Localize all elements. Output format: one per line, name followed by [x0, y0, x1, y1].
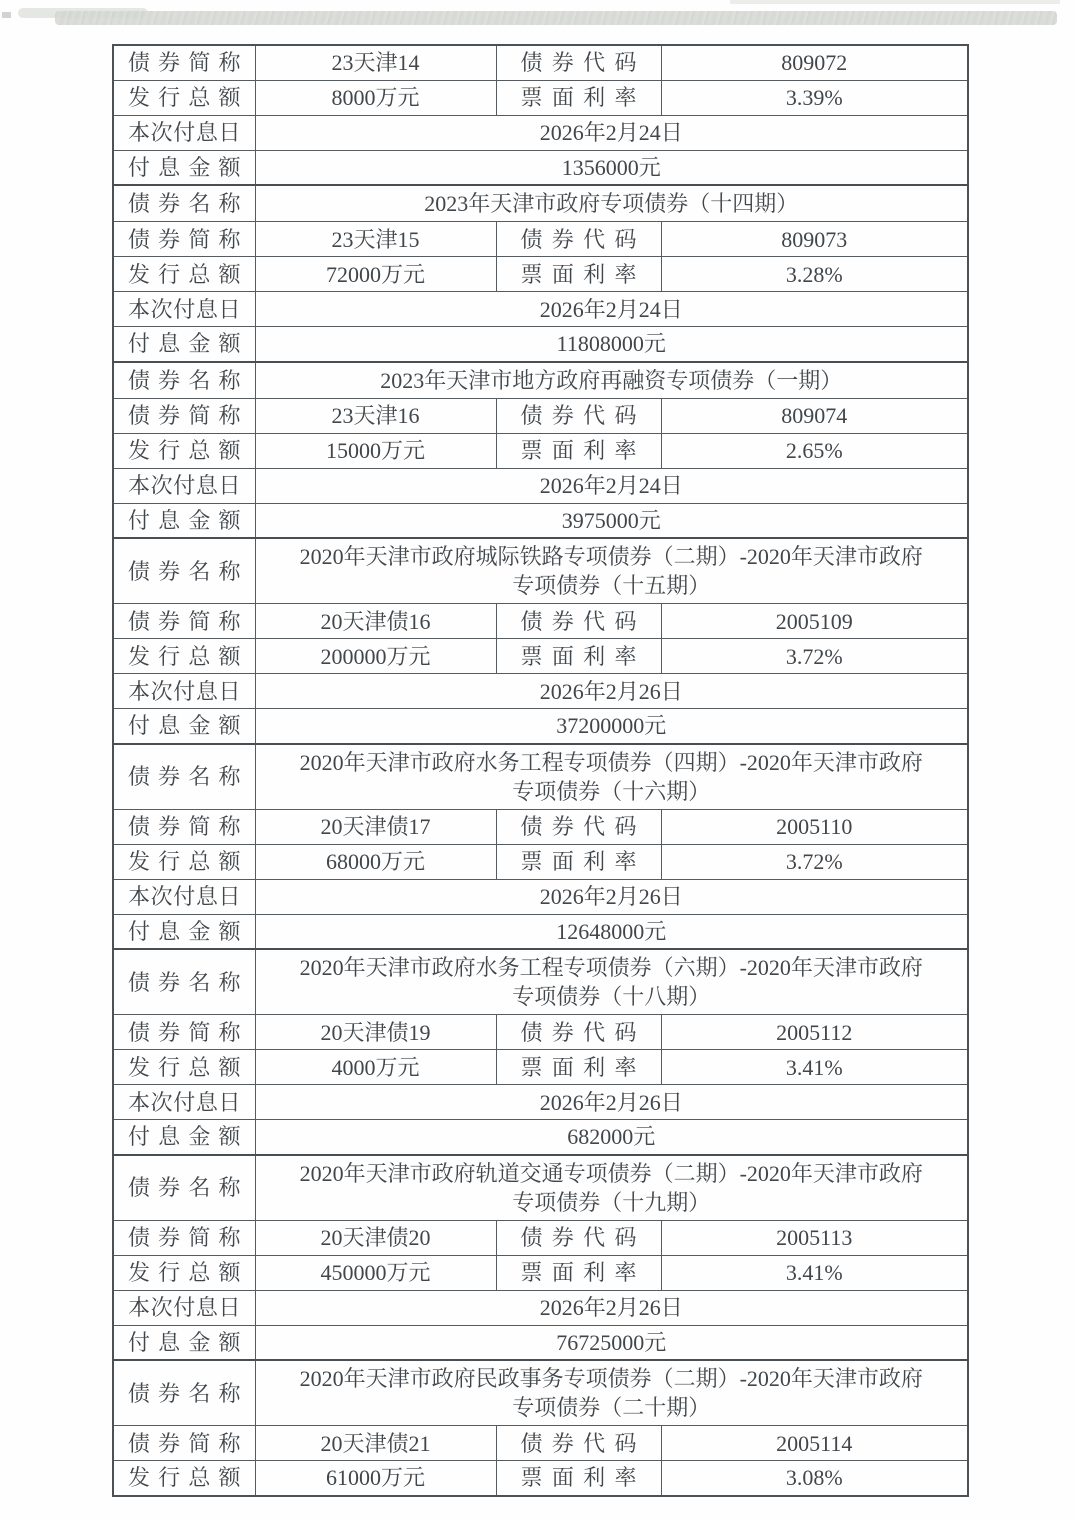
- bond-name-value: 2020年天津市政府水务工程专项债券（四期）-2020年天津市政府专项债券（十六…: [255, 744, 968, 810]
- bond-short-name-value: 20天津债19: [255, 1015, 496, 1050]
- bond-code-label: 债券代码: [496, 604, 661, 639]
- payment-date-row: 本次付息日2026年2月26日: [113, 1085, 968, 1120]
- payment-amount-label: 付息金额: [113, 327, 255, 362]
- bond-name-label: 债券名称: [113, 744, 255, 810]
- payment-amount-value: 3975000元: [255, 503, 968, 538]
- bond-short-name-row: 债券简称20天津债21债券代码2005114: [113, 1426, 968, 1461]
- bond-code-value: 809074: [661, 398, 968, 433]
- issue-amount-row: 发行总额4000万元票面利率3.41%: [113, 1050, 968, 1085]
- payment-amount-value: 682000元: [255, 1120, 968, 1155]
- bond-short-name-value: 23天津14: [255, 45, 496, 80]
- payment-date-label: 本次付息日: [113, 674, 255, 709]
- payment-amount-row: 付息金额682000元: [113, 1120, 968, 1155]
- bond-name-row: 债券名称2023年天津市政府专项债券（十四期）: [113, 185, 968, 222]
- coupon-rate-value: 3.39%: [661, 80, 968, 115]
- issue-amount-value: 72000万元: [255, 257, 496, 292]
- bond-short-name-value: 20天津债17: [255, 809, 496, 844]
- payment-date-label: 本次付息日: [113, 292, 255, 327]
- bond-name-row: 债券名称2020年天津市政府水务工程专项债券（六期）-2020年天津市政府专项债…: [113, 949, 968, 1015]
- bond-short-name-label: 债券简称: [113, 604, 255, 639]
- issue-amount-value: 4000万元: [255, 1050, 496, 1085]
- payment-amount-label: 付息金额: [113, 150, 255, 185]
- payment-amount-label: 付息金额: [113, 709, 255, 744]
- payment-amount-value: 76725000元: [255, 1325, 968, 1360]
- bond-name-row: 债券名称2020年天津市政府城际铁路专项债券（二期）-2020年天津市政府专项债…: [113, 538, 968, 604]
- payment-amount-row: 付息金额76725000元: [113, 1325, 968, 1360]
- bond-short-name-row: 债券简称23天津14债券代码809072: [113, 45, 968, 80]
- coupon-rate-value: 3.08%: [661, 1461, 968, 1496]
- coupon-rate-value: 3.41%: [661, 1050, 968, 1085]
- bond-code-label: 债券代码: [496, 1015, 661, 1050]
- issue-amount-label: 发行总额: [113, 1461, 255, 1496]
- bond-code-label: 债券代码: [496, 809, 661, 844]
- payment-date-value: 2026年2月24日: [255, 468, 968, 503]
- issue-amount-row: 发行总额72000万元票面利率3.28%: [113, 257, 968, 292]
- payment-date-row: 本次付息日2026年2月26日: [113, 674, 968, 709]
- bond-short-name-row: 债券简称20天津债20债券代码2005113: [113, 1220, 968, 1255]
- payment-amount-label: 付息金额: [113, 1120, 255, 1155]
- scanner-streak-dash: [2, 12, 11, 18]
- bond-short-name-row: 债券简称20天津债19债券代码2005112: [113, 1015, 968, 1050]
- coupon-rate-value: 3.41%: [661, 1255, 968, 1290]
- issue-amount-label: 发行总额: [113, 1255, 255, 1290]
- bond-code-value: 809073: [661, 222, 968, 257]
- coupon-rate-value: 2.65%: [661, 433, 968, 468]
- issue-amount-row: 发行总额450000万元票面利率3.41%: [113, 1255, 968, 1290]
- issue-amount-row: 发行总额8000万元票面利率3.39%: [113, 80, 968, 115]
- coupon-rate-label: 票面利率: [496, 844, 661, 879]
- bond-name-row: 债券名称2023年天津市地方政府再融资专项债券（一期）: [113, 362, 968, 399]
- payment-date-value: 2026年2月26日: [255, 1085, 968, 1120]
- bond-short-name-label: 债券简称: [113, 809, 255, 844]
- payment-date-label: 本次付息日: [113, 115, 255, 150]
- issue-amount-label: 发行总额: [113, 639, 255, 674]
- bond-short-name-row: 债券简称20天津债16债券代码2005109: [113, 604, 968, 639]
- bond-code-value: 2005109: [661, 604, 968, 639]
- bond-name-label: 债券名称: [113, 949, 255, 1015]
- bond-short-name-row: 债券简称23天津16债券代码809074: [113, 398, 968, 433]
- bond-code-value: 2005110: [661, 809, 968, 844]
- payment-date-label: 本次付息日: [113, 1290, 255, 1325]
- issue-amount-row: 发行总额68000万元票面利率3.72%: [113, 844, 968, 879]
- payment-date-row: 本次付息日2026年2月24日: [113, 292, 968, 327]
- payment-amount-row: 付息金额3975000元: [113, 503, 968, 538]
- bond-short-name-value: 20天津债20: [255, 1220, 496, 1255]
- bond-short-name-label: 债券简称: [113, 45, 255, 80]
- bond-code-value: 809072: [661, 45, 968, 80]
- bond-name-value: 2020年天津市政府民政事务专项债券（二期）-2020年天津市政府专项债券（二十…: [255, 1360, 968, 1426]
- coupon-rate-label: 票面利率: [496, 80, 661, 115]
- payment-amount-row: 付息金额12648000元: [113, 914, 968, 949]
- payment-date-label: 本次付息日: [113, 879, 255, 914]
- issue-amount-label: 发行总额: [113, 80, 255, 115]
- coupon-rate-label: 票面利率: [496, 639, 661, 674]
- coupon-rate-label: 票面利率: [496, 1050, 661, 1085]
- bond-name-label: 债券名称: [113, 538, 255, 604]
- bond-name-value: 2020年天津市政府轨道交通专项债券（二期）-2020年天津市政府专项债券（十九…: [255, 1155, 968, 1221]
- issue-amount-label: 发行总额: [113, 844, 255, 879]
- bond-code-label: 债券代码: [496, 222, 661, 257]
- bond-code-value: 2005113: [661, 1220, 968, 1255]
- bond-payment-table: 债券简称23天津14债券代码809072发行总额8000万元票面利率3.39%本…: [112, 44, 969, 1497]
- bond-name-row: 债券名称2020年天津市政府民政事务专项债券（二期）-2020年天津市政府专项债…: [113, 1360, 968, 1426]
- payment-date-value: 2026年2月24日: [255, 292, 968, 327]
- bond-short-name-label: 债券简称: [113, 398, 255, 433]
- payment-amount-value: 1356000元: [255, 150, 968, 185]
- bond-name-value: 2020年天津市政府水务工程专项债券（六期）-2020年天津市政府专项债券（十八…: [255, 949, 968, 1015]
- bond-short-name-row: 债券简称23天津15债券代码809073: [113, 222, 968, 257]
- issue-amount-label: 发行总额: [113, 433, 255, 468]
- payment-date-value: 2026年2月26日: [255, 674, 968, 709]
- bond-short-name-value: 23天津16: [255, 398, 496, 433]
- bond-name-row: 债券名称2020年天津市政府轨道交通专项债券（二期）-2020年天津市政府专项债…: [113, 1155, 968, 1221]
- payment-amount-label: 付息金额: [113, 914, 255, 949]
- bond-code-value: 2005112: [661, 1015, 968, 1050]
- bond-table-body: 债券简称23天津14债券代码809072发行总额8000万元票面利率3.39%本…: [113, 45, 968, 1496]
- bond-code-label: 债券代码: [496, 1426, 661, 1461]
- payment-date-row: 本次付息日2026年2月26日: [113, 1290, 968, 1325]
- bond-short-name-value: 20天津债21: [255, 1426, 496, 1461]
- bond-short-name-value: 23天津15: [255, 222, 496, 257]
- payment-date-label: 本次付息日: [113, 468, 255, 503]
- issue-amount-label: 发行总额: [113, 1050, 255, 1085]
- payment-date-value: 2026年2月26日: [255, 879, 968, 914]
- bond-name-value: 2023年天津市地方政府再融资专项债券（一期）: [255, 362, 968, 399]
- issue-amount-row: 发行总额61000万元票面利率3.08%: [113, 1461, 968, 1496]
- bond-code-label: 债券代码: [496, 1220, 661, 1255]
- coupon-rate-label: 票面利率: [496, 1255, 661, 1290]
- coupon-rate-label: 票面利率: [496, 1461, 661, 1496]
- bond-short-name-label: 债券简称: [113, 1426, 255, 1461]
- payment-amount-value: 37200000元: [255, 709, 968, 744]
- payment-amount-value: 11808000元: [255, 327, 968, 362]
- issue-amount-row: 发行总额200000万元票面利率3.72%: [113, 639, 968, 674]
- payment-date-row: 本次付息日2026年2月24日: [113, 115, 968, 150]
- bond-name-label: 债券名称: [113, 185, 255, 222]
- payment-date-value: 2026年2月24日: [255, 115, 968, 150]
- issue-amount-label: 发行总额: [113, 257, 255, 292]
- issue-amount-value: 68000万元: [255, 844, 496, 879]
- bond-short-name-label: 债券简称: [113, 1220, 255, 1255]
- bond-code-label: 债券代码: [496, 398, 661, 433]
- payment-date-row: 本次付息日2026年2月24日: [113, 468, 968, 503]
- document-page: 债券简称23天津14债券代码809072发行总额8000万元票面利率3.39%本…: [0, 0, 1075, 1521]
- coupon-rate-value: 3.72%: [661, 844, 968, 879]
- bond-short-name-label: 债券简称: [113, 222, 255, 257]
- issue-amount-row: 发行总额15000万元票面利率2.65%: [113, 433, 968, 468]
- payment-amount-row: 付息金额37200000元: [113, 709, 968, 744]
- scanner-streak-top-edge: [730, 0, 1060, 4]
- payment-amount-row: 付息金额11808000元: [113, 327, 968, 362]
- issue-amount-value: 450000万元: [255, 1255, 496, 1290]
- bond-name-label: 债券名称: [113, 1360, 255, 1426]
- issue-amount-value: 61000万元: [255, 1461, 496, 1496]
- bond-name-value: 2020年天津市政府城际铁路专项债券（二期）-2020年天津市政府专项债券（十五…: [255, 538, 968, 604]
- payment-date-label: 本次付息日: [113, 1085, 255, 1120]
- bond-name-label: 债券名称: [113, 1155, 255, 1221]
- bond-short-name-label: 债券简称: [113, 1015, 255, 1050]
- payment-date-row: 本次付息日2026年2月26日: [113, 879, 968, 914]
- bond-name-value: 2023年天津市政府专项债券（十四期）: [255, 185, 968, 222]
- bond-name-row: 债券名称2020年天津市政府水务工程专项债券（四期）-2020年天津市政府专项债…: [113, 744, 968, 810]
- payment-amount-row: 付息金额1356000元: [113, 150, 968, 185]
- issue-amount-value: 200000万元: [255, 639, 496, 674]
- bond-code-label: 债券代码: [496, 45, 661, 80]
- coupon-rate-value: 3.72%: [661, 639, 968, 674]
- bond-code-value: 2005114: [661, 1426, 968, 1461]
- scanner-streak: [55, 11, 1057, 25]
- coupon-rate-label: 票面利率: [496, 257, 661, 292]
- bond-short-name-value: 20天津债16: [255, 604, 496, 639]
- coupon-rate-label: 票面利率: [496, 433, 661, 468]
- payment-date-value: 2026年2月26日: [255, 1290, 968, 1325]
- payment-amount-label: 付息金额: [113, 503, 255, 538]
- bond-short-name-row: 债券简称20天津债17债券代码2005110: [113, 809, 968, 844]
- bond-name-label: 债券名称: [113, 362, 255, 399]
- payment-amount-label: 付息金额: [113, 1325, 255, 1360]
- issue-amount-value: 8000万元: [255, 80, 496, 115]
- issue-amount-value: 15000万元: [255, 433, 496, 468]
- payment-amount-value: 12648000元: [255, 914, 968, 949]
- coupon-rate-value: 3.28%: [661, 257, 968, 292]
